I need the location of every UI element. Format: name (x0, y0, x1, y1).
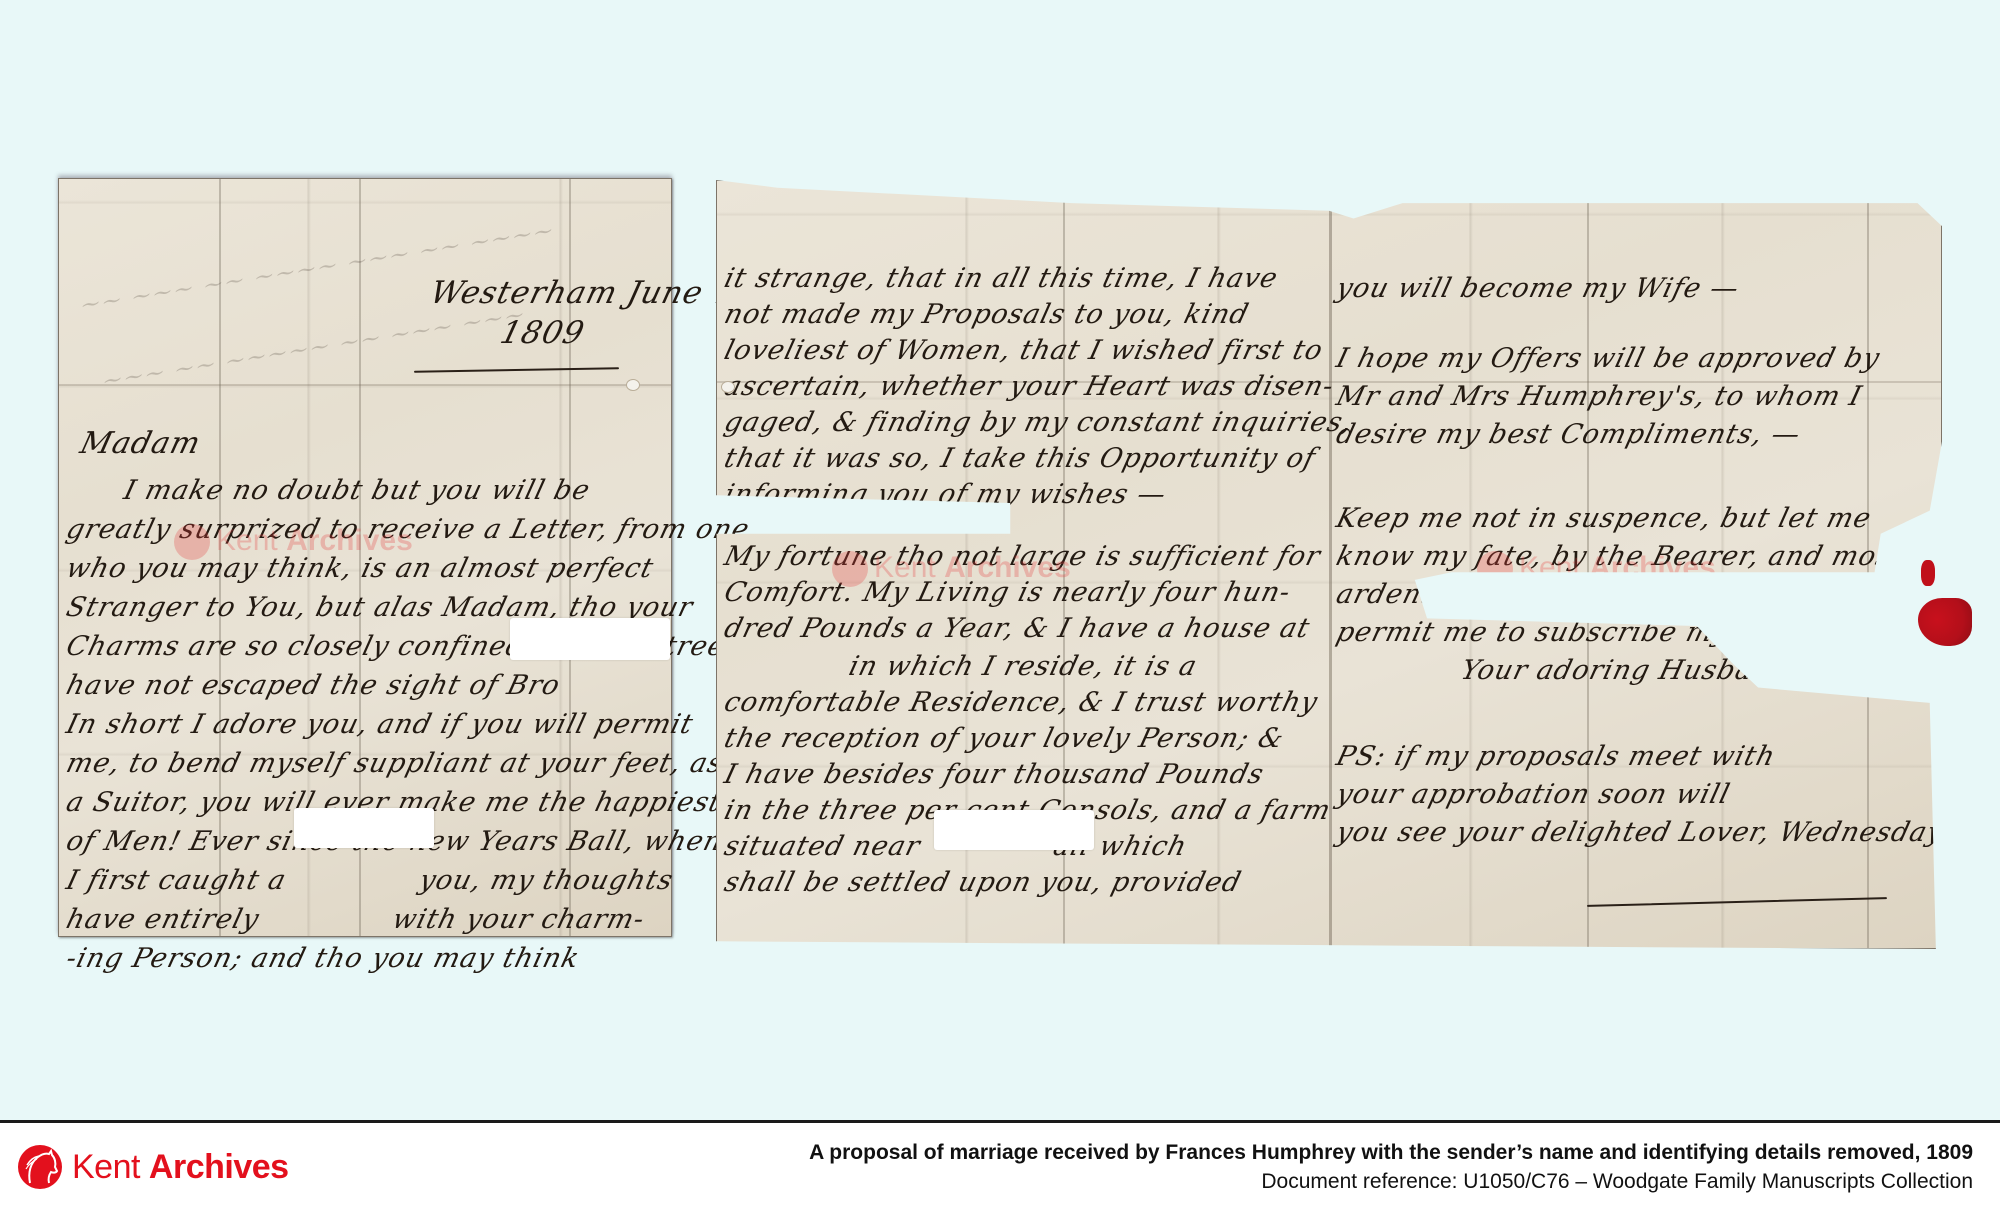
watermark-horse-icon (832, 551, 868, 587)
watermark: Kent Archives (832, 551, 1071, 587)
redaction-patch (934, 810, 1094, 850)
letter-line: ardently do I hope you will hereafter (1332, 575, 1882, 614)
letter-line: Keep me not in suspence, but let me (1332, 499, 1876, 538)
letter-line: loveliest of Women, that I wished first … (720, 331, 1327, 370)
postscript-line: your approbation soon will (1332, 775, 1734, 814)
dateline-year: 1809 (496, 314, 589, 353)
caption-footer: Kent Archives A proposal of marriage rec… (0, 1120, 2000, 1216)
letter-line: you will become my Wife — (1332, 269, 1744, 308)
letter-line: permit me to subscribe myself (1332, 613, 1787, 652)
horse-head-icon (18, 1145, 62, 1189)
caption-title: A proposal of marriage received by Franc… (809, 1139, 1973, 1167)
redaction-patch (294, 808, 434, 848)
letter-line: Mr and Mrs Humphrey's, to whom I (1332, 377, 1866, 416)
letter-line: have entirely with your charm- (62, 900, 649, 939)
letter-line: informing you of my wishes — (720, 475, 1171, 514)
watermark: Kent Archives (1477, 551, 1716, 587)
letter-line: gaged, & finding by my constant inquirie… (720, 403, 1357, 442)
letter-line: have not escaped the sight of Bro (62, 666, 565, 705)
watermark-horse-icon (174, 524, 210, 560)
letter-page-2-3: it strange, that in all this time, I hav… (716, 180, 1942, 949)
wax-seal-fragment (1921, 560, 1935, 586)
letter-line: In short I adore you, and if you will pe… (62, 705, 698, 744)
postscript-line: you see your delighted Lover, Wednesday (1332, 813, 1948, 852)
postscript-line: PS: if my proposals meet with (1332, 737, 1780, 776)
letter-line: that it was so, I take this Opportunity … (720, 439, 1320, 478)
closing-rule (1587, 897, 1887, 906)
redaction-patch (510, 618, 670, 660)
paper-hole (626, 379, 640, 391)
logo-wordmark: Kent Archives (72, 1148, 289, 1187)
letter-line: not made my Proposals to you, kind (720, 295, 1253, 334)
letter-line: shall be settled upon you, provided (720, 863, 1246, 902)
kent-archives-logo[interactable]: Kent Archives (18, 1145, 289, 1189)
signature: Your adoring Husband (1332, 651, 1794, 690)
letter-line: the reception of your lovely Person; & (720, 719, 1288, 758)
document-reference: Document reference: U1050/C76 – Woodgate… (809, 1167, 1973, 1197)
salutation: Madam (76, 424, 205, 463)
letter-line: I hope my Offers will be approved by (1332, 339, 1884, 378)
letter-line: me, to bend myself suppliant at your fee… (62, 744, 727, 783)
letter-line: I have besides four thousand Pounds (720, 755, 1268, 794)
paper-hole (721, 381, 735, 393)
letter-line: -ing Person; and tho you may think (62, 939, 584, 978)
dateline-rule (414, 367, 619, 373)
caption: A proposal of marriage received by Franc… (809, 1139, 1973, 1197)
watermark: Kent Archives (174, 524, 413, 560)
letter-line: greatly surprized to receive a Letter, f… (62, 510, 763, 549)
letter-line: comfortable Residence, & I trust worthy (720, 683, 1322, 722)
center-fold (1329, 181, 1332, 948)
red-wax-seal (1918, 598, 1972, 646)
letter-line: it strange, that in all this time, I hav… (720, 259, 1282, 298)
letter-line: dred Pounds a Year, & I have a house at (720, 609, 1314, 648)
letter-line: desire my best Compliments, — (1332, 415, 1805, 454)
letter-line: in which I reside, it is a (720, 647, 1201, 686)
letter-line: ascertain, whether your Heart was disen- (720, 367, 1338, 406)
watermark-horse-icon (1477, 551, 1513, 587)
letter-line: I make no doubt but you will be (62, 471, 594, 510)
document-viewer: ~~ ~~~ ~~ ~~~~ ~~~ ~~ ~~~~ ~~~ ~~ ~~~~~ … (0, 0, 2000, 1120)
letter-line: I first caught a you, my thoughts (62, 861, 678, 900)
